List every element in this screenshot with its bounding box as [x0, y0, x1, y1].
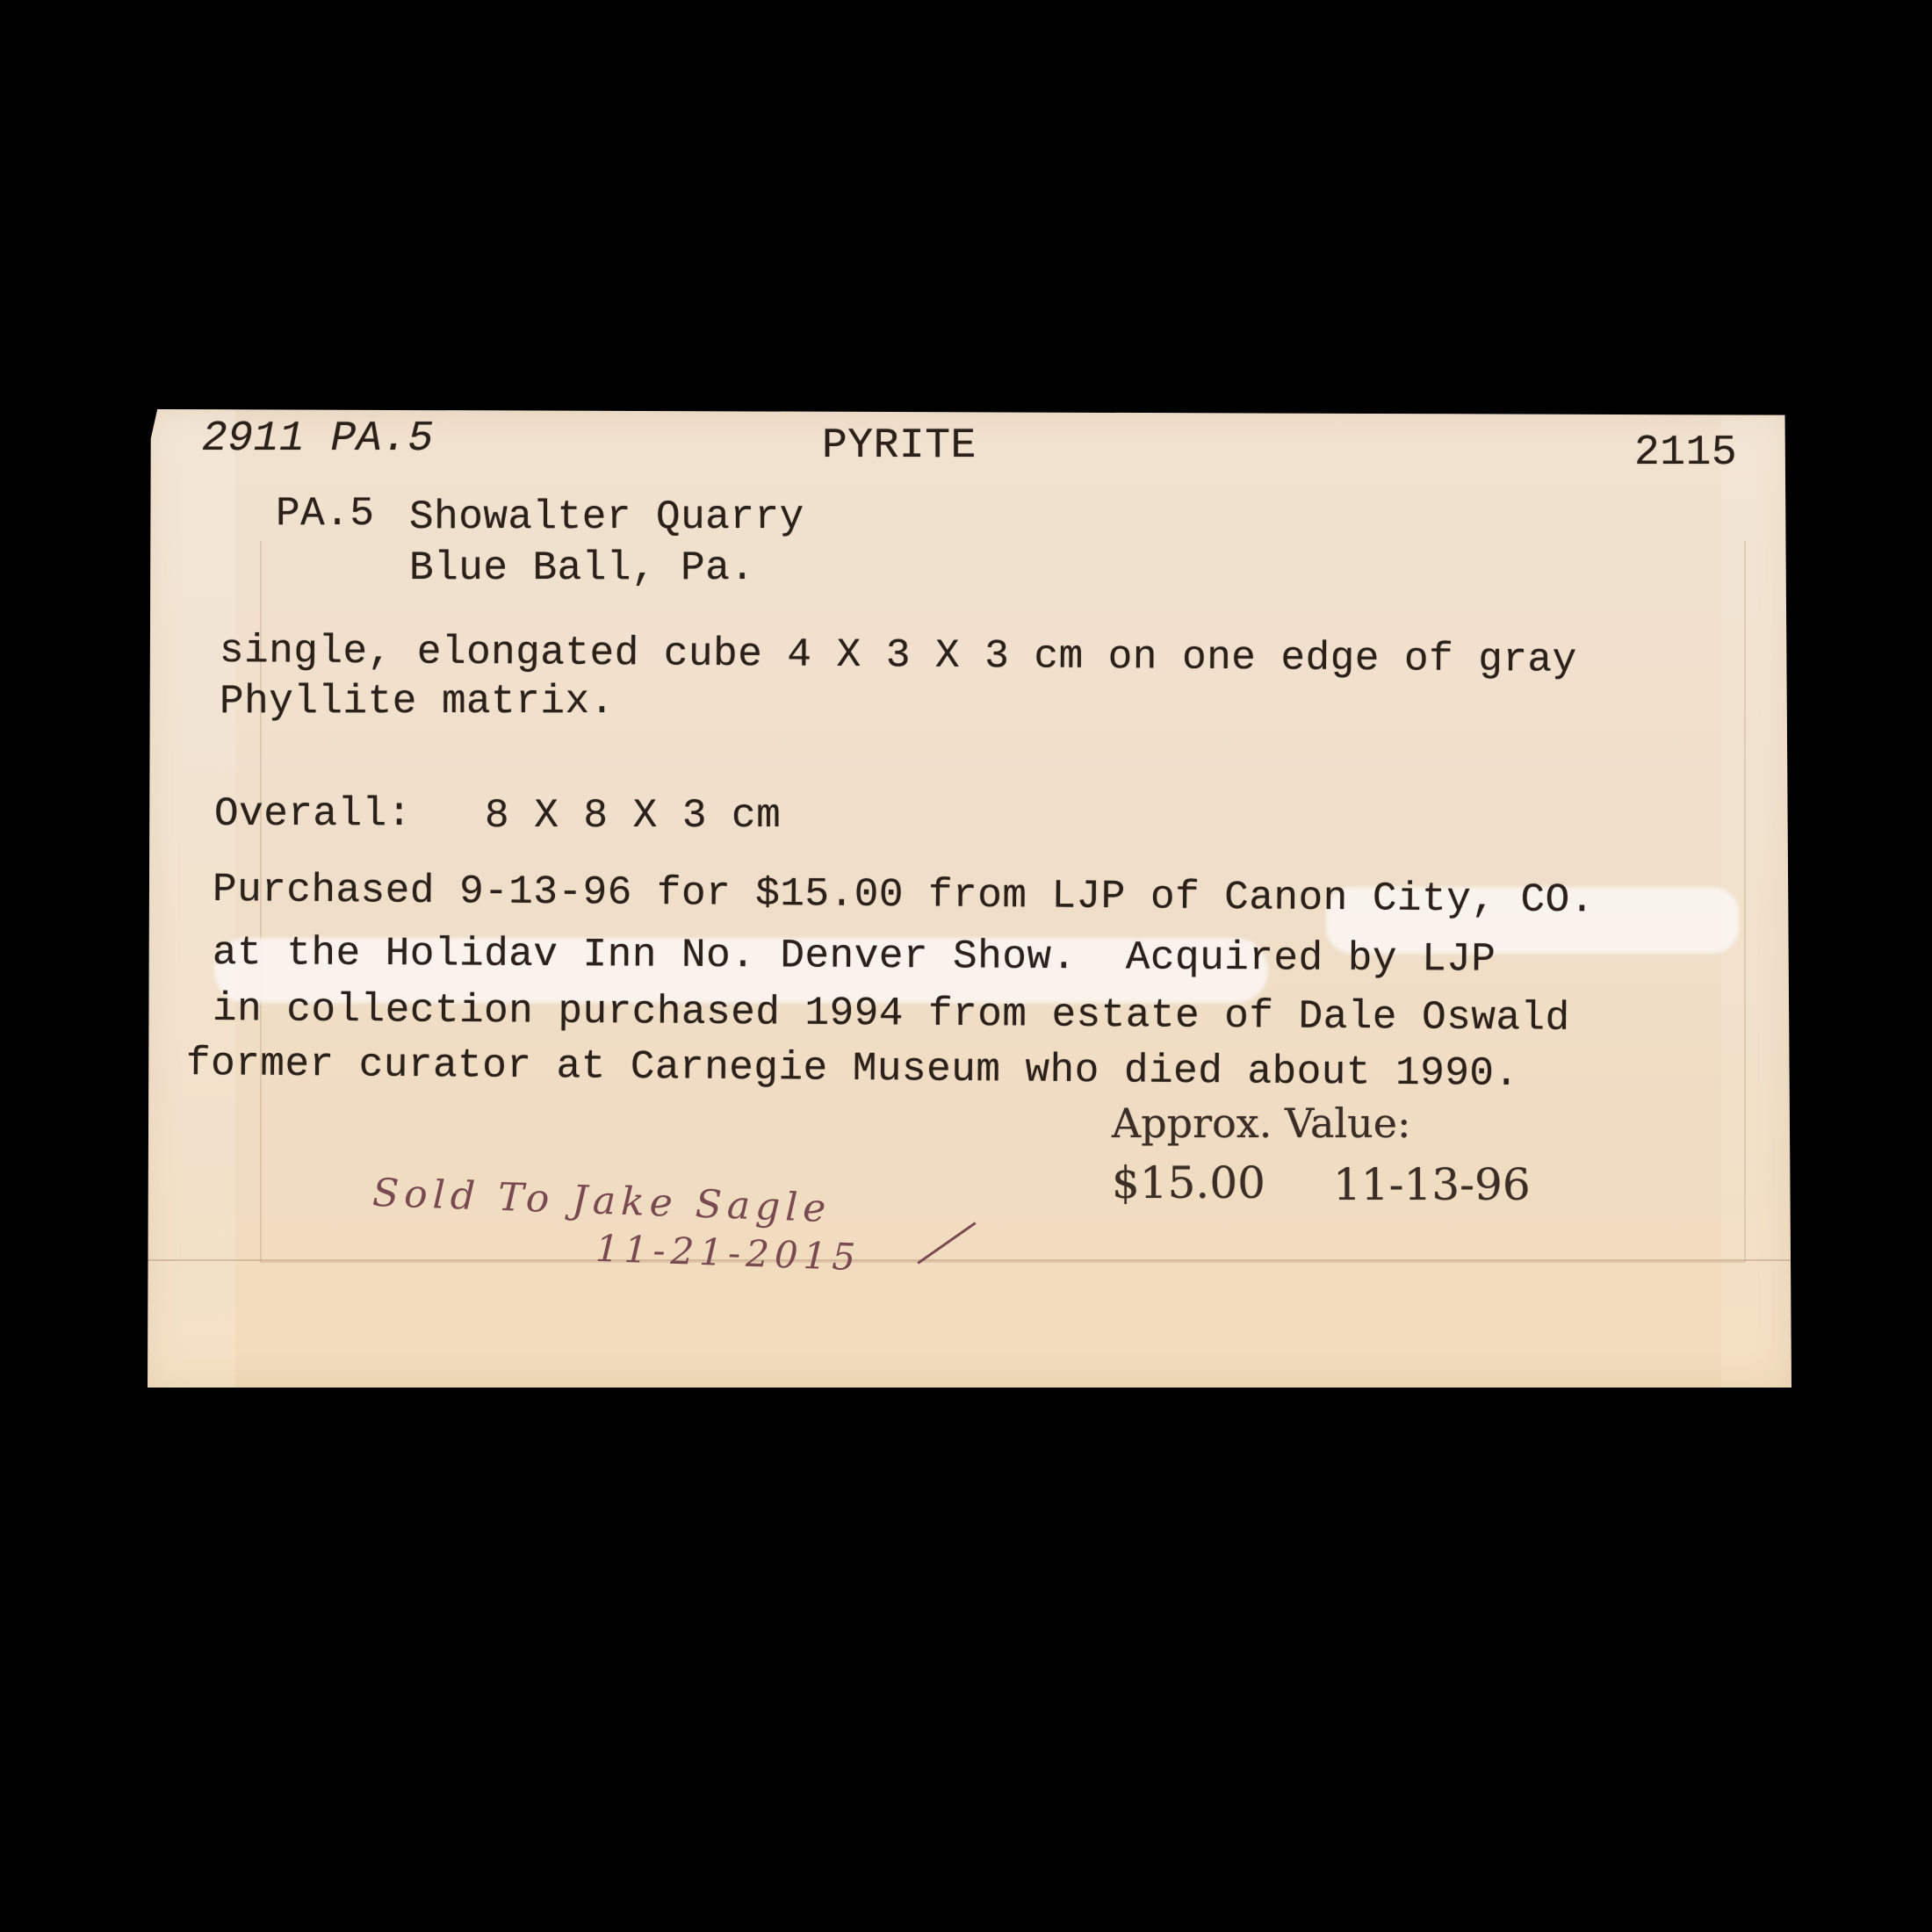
locality-site: Showalter Quarry: [409, 497, 804, 537]
handwritten-flourish-mark: [917, 1222, 976, 1264]
provenance-line-3: in collection purchased 1994 from estate…: [213, 989, 1570, 1039]
catalog-id: 2911 PA.5: [202, 418, 434, 460]
handwritten-sale-date: 11-21-2015: [595, 1230, 861, 1277]
card-number: 2115: [1634, 432, 1737, 474]
overall-label: Overall:: [214, 794, 412, 834]
specimen-catalog-card: 2911 PA.5 PYRITE 2115 PA.5 Showalter Qua…: [148, 409, 1791, 1388]
paper-fold-line: [148, 1259, 1791, 1261]
mineral-name: PYRITE: [822, 425, 977, 467]
locality-code: PA.5: [276, 494, 374, 534]
provenance-line-1: Purchased 9-13-96 for $15.00 from LJP of…: [213, 869, 1595, 920]
description-line-1: single, elongated cube 4 X 3 X 3 cm on o…: [220, 631, 1577, 681]
provenance-line-2: at the Holidav Inn No. Denver Show. Acqu…: [213, 933, 1496, 980]
provenance-line-4: former curator at Carnegie Museum who di…: [186, 1043, 1519, 1094]
approx-value-amount: $15.00: [1112, 1161, 1265, 1205]
description-line-2: Phyllite matrix.: [220, 681, 615, 722]
handwritten-sale-note: Sold To Jake Sagle: [371, 1174, 832, 1229]
approx-value-date: 11-13-96: [1333, 1163, 1531, 1207]
photo-stage: 2911 PA.5 PYRITE 2115 PA.5 Showalter Qua…: [0, 0, 1932, 1932]
overall-dimensions: 8 X 8 X 3 cm: [485, 796, 781, 836]
approx-value-label: Approx. Value:: [1112, 1103, 1410, 1143]
locality-town: Blue Ball, Pa.: [409, 548, 754, 588]
